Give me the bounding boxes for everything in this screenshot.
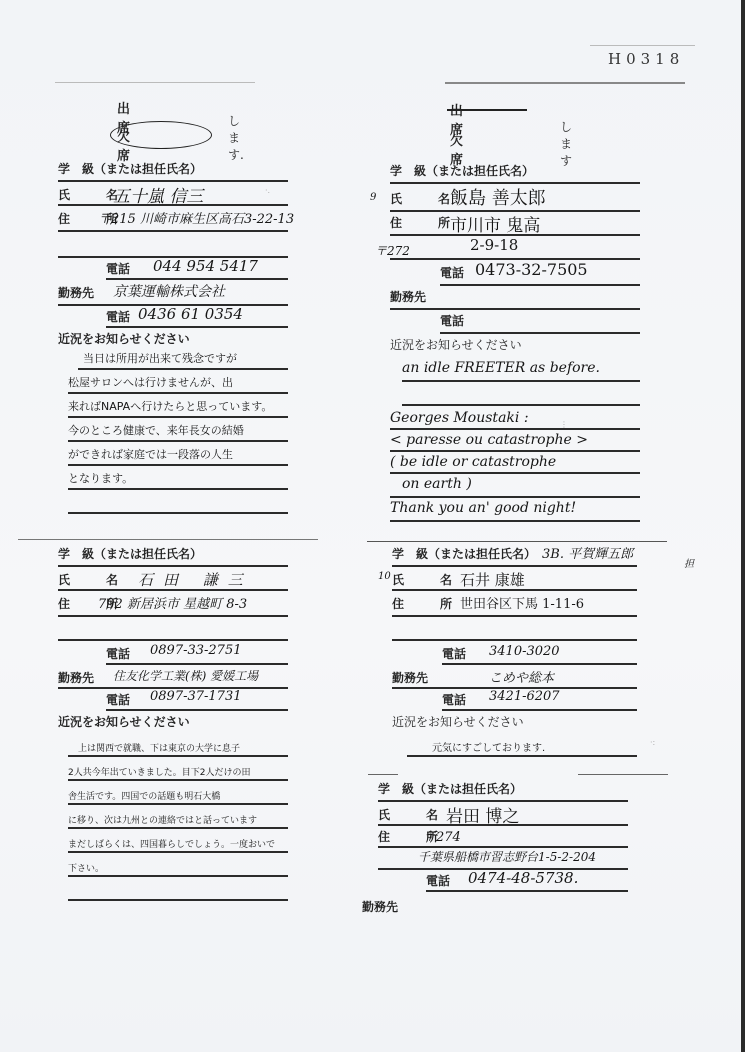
rule <box>106 709 288 711</box>
address-label: 住 所 <box>392 595 464 612</box>
phone-value: 0474-48-5738. <box>468 869 578 887</box>
phone-label: 電話 <box>442 645 466 662</box>
news-line: Thank you an' good night! <box>390 500 576 516</box>
rule <box>58 230 288 232</box>
rule <box>58 565 288 567</box>
class-note: 担 <box>684 555 694 570</box>
rule <box>68 464 288 466</box>
class-label: 学 級（または担任氏名） <box>58 545 202 562</box>
rule <box>68 512 288 514</box>
address-value: 〒215 川崎市麻生区高石3-22-13 <box>98 208 294 227</box>
rule <box>68 392 288 394</box>
work-phone-value: 0897-37-1731 <box>150 689 242 704</box>
rule <box>390 520 640 522</box>
rule <box>368 774 398 775</box>
phone-label: 電話 <box>440 264 464 281</box>
rule <box>442 709 637 711</box>
present-strikethrough <box>447 109 527 111</box>
phone-value: 0897-33-2751 <box>150 643 242 658</box>
news-line: an idle FREETER as before. <box>402 360 600 376</box>
workplace-value: こめや総本 <box>489 667 554 686</box>
rule <box>68 875 288 877</box>
workplace-label: 勤務先 <box>390 288 426 305</box>
margin-number: 9 <box>370 192 376 203</box>
phone-label: 電話 <box>106 645 130 662</box>
rule <box>58 204 288 206</box>
rule <box>68 488 288 490</box>
rule <box>58 639 288 641</box>
rule <box>68 899 288 901</box>
rule <box>106 663 288 665</box>
news-line: 松屋サロンへは行けませんが、出 <box>68 374 233 390</box>
workplace-value: 京葉運輸株式会社 <box>113 281 225 301</box>
scan-noise: ·. <box>265 186 270 195</box>
phone-label: 電話 <box>106 260 130 277</box>
rule <box>68 440 288 442</box>
phone-value: 3410-3020 <box>489 644 560 659</box>
rule <box>402 380 640 382</box>
work-phone-label: 電話 <box>442 691 466 708</box>
workplace-label: 勤務先 <box>392 669 428 686</box>
rule <box>390 472 640 474</box>
rule <box>106 278 288 280</box>
class-label: 学 級（または担任氏名） <box>58 160 202 177</box>
news-line: 上は関西で就職、下は東京の大学に息子 <box>78 741 240 754</box>
news-line: 元気にすごしております. <box>432 739 545 754</box>
rule <box>440 284 640 286</box>
absent-circle-mark <box>110 121 212 149</box>
workplace-label: 勤務先 <box>362 898 398 915</box>
rule <box>68 779 288 781</box>
rule <box>392 639 637 641</box>
rule <box>426 890 628 892</box>
rule <box>407 755 637 757</box>
news-line: に移り、次は九州との連絡ではと話っています <box>68 813 257 826</box>
phone-value: 044 954 5417 <box>153 257 258 275</box>
scan-noise: ·: <box>650 738 655 747</box>
news-line: 2人共今年出ていきました。目下2人だけの田 <box>68 765 250 778</box>
scan-noise: ⋮ <box>560 420 568 429</box>
workplace-value: 住友化学工業(株) 愛媛工場 <box>113 667 258 684</box>
news-line: となります。 <box>68 470 133 486</box>
document-id: H0318 <box>608 50 684 68</box>
margin-number: 10 <box>378 571 391 582</box>
news-line: 来ればNAPAへ行けたらと思っています。 <box>68 398 272 414</box>
rule <box>390 496 640 498</box>
work-phone-value: 0436 61 0354 <box>138 305 243 323</box>
rule <box>390 428 640 430</box>
news-line: ( be idle or catastrophe <box>390 454 556 470</box>
news-label: 近況をお知らせください <box>58 330 190 347</box>
address-value: 792 新居浜市 星越町 8-3 <box>98 593 247 612</box>
rule <box>18 539 318 540</box>
rule <box>68 851 288 853</box>
work-phone-label: 電話 <box>106 308 130 325</box>
rule <box>392 589 637 591</box>
name-value: 石井 康雄 <box>460 569 525 590</box>
id-rule-bottom <box>445 82 685 84</box>
name-value: 石田 謙三 <box>138 569 253 590</box>
rule <box>440 332 640 334</box>
rule <box>78 368 288 370</box>
name-value: 飯島 善太郎 <box>450 184 546 210</box>
news-line: on earth ) <box>402 476 472 492</box>
rule <box>367 541 667 542</box>
rule <box>392 565 637 567</box>
postal-code: 〒272 <box>375 242 410 259</box>
rule <box>390 450 640 452</box>
rule <box>58 589 288 591</box>
header-rule-left <box>55 82 255 83</box>
news-line: 下さい。 <box>68 861 104 874</box>
address-value: 市川市 鬼高 <box>450 211 540 236</box>
rule <box>58 615 288 617</box>
rule <box>402 404 640 406</box>
news-label: 近況をお知らせください <box>392 713 524 730</box>
class-label: 学 級（または担任氏名） <box>378 780 522 797</box>
rule <box>68 755 288 757</box>
address-line2: 千葉県船橋市習志野台1-5-2-204 <box>418 848 596 865</box>
attend-suffix-right: します <box>560 118 572 169</box>
rule <box>68 416 288 418</box>
work-phone-label: 電話 <box>440 312 464 329</box>
work-phone-value: 3421-6207 <box>489 689 560 704</box>
class-label: 学 級（または担任氏名） <box>392 545 536 562</box>
news-label: 近況をお知らせください <box>390 336 522 353</box>
rule <box>68 827 288 829</box>
name-label: 氏 名 <box>378 806 450 823</box>
rule <box>392 615 637 617</box>
rule <box>442 663 637 665</box>
id-rule-top <box>590 45 695 46</box>
address-line2: 2-9-18 <box>470 236 518 254</box>
class-value: 3B. 平賀輝五郎 <box>542 543 633 562</box>
workplace-label: 勤務先 <box>58 669 94 686</box>
rule <box>106 326 288 328</box>
class-label: 学 級（または担任氏名） <box>390 162 534 179</box>
phone-label: 電話 <box>426 872 450 889</box>
rule <box>390 308 640 310</box>
rule <box>68 803 288 805</box>
news-line: まだしばらくは、四国暮らしでしょう。一度おいで <box>68 837 275 850</box>
address-value: 〒274 <box>423 826 461 845</box>
news-line: ができれば家庭では一段落の人生 <box>68 446 233 462</box>
name-label: 氏 名 <box>58 571 130 588</box>
workplace-label: 勤務先 <box>58 284 94 301</box>
rule <box>578 774 668 775</box>
news-label: 近況をお知らせください <box>58 713 190 730</box>
news-line: 今のところ健康で、来年長女の結婚 <box>68 422 244 438</box>
scanned-page: H0318 出 席 欠 席 します. 出 席 欠 席 します 学 級（または担任… <box>0 0 745 1052</box>
news-line: 舎生活です。四国での話題も明石大橋 <box>68 789 220 802</box>
rule <box>378 824 628 826</box>
news-line: 当日は所用が出来て残念ですが <box>83 350 237 366</box>
phone-value: 0473-32-7505 <box>475 260 588 279</box>
address-value: 世田谷区下馬 1-11-6 <box>460 593 584 612</box>
attend-suffix-left: します. <box>228 112 244 163</box>
work-phone-label: 電話 <box>106 691 130 708</box>
news-line: Georges Moustaki : <box>390 410 529 426</box>
news-line: < paresse ou catastrophe > <box>390 432 588 448</box>
name-label: 氏 名 <box>392 571 464 588</box>
